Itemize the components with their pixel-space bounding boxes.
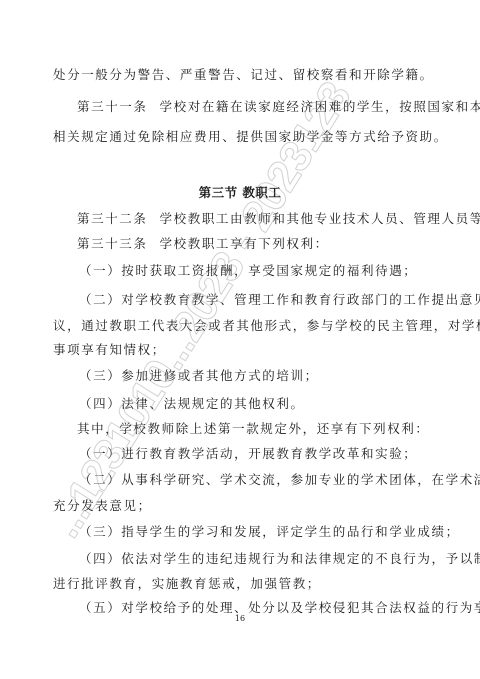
article-33: 第三十三条学校教职工享有下列权利： — [77, 236, 329, 252]
document-page: 处分一般分为警告、严重警告、记过、留校察看和开除学籍。 第三十一条学校对在籍在读… — [0, 0, 480, 679]
article-number: 第三十一条 — [77, 99, 148, 115]
text-line: 事项享有知情权； — [53, 342, 166, 358]
list-item: （一）进行教育教学活动，开展教育教学改革和实验； — [79, 446, 417, 462]
text-line: 其中，学校教师除上述第一款规定外，还享有下列权利： — [77, 421, 430, 437]
page-number: 16 — [0, 614, 480, 623]
list-item: （二）对学校教育教学、管理工作和教育行政部门的工作提出意见和建 — [79, 292, 480, 308]
article-text: 学校教职工享有下列权利： — [160, 236, 329, 251]
section-heading: 第三节 教职工 — [0, 185, 480, 201]
text-line: 充分发表意见； — [53, 498, 152, 514]
list-item: （二）从事科学研究、学术交流，参加专业的学术团体，在学术活动中 — [79, 472, 480, 488]
list-item: （一）按时获取工资报酬，享受国家规定的福利待遇； — [79, 263, 417, 279]
article-text: 学校对在籍在读家庭经济困难的学生，按照国家和本市的 — [160, 99, 480, 114]
list-item: （四）法律、法规规定的其他权利。 — [79, 396, 305, 412]
text-line: 相关规定通过免除相应费用、提供国家助学金等方式给予资助。 — [53, 129, 448, 145]
list-item: （四）依法对学生的违纪违规行为和法律规定的不良行为，予以制止、 — [79, 551, 480, 567]
list-item: （三）参加进修或者其他方式的培训； — [79, 368, 319, 384]
article-number: 第三十三条 — [77, 236, 148, 252]
article-32: 第三十二条学校教职工由教师和其他专业技术人员、管理人员等组成。 — [77, 211, 480, 227]
text-line: 处分一般分为警告、严重警告、记过、留校察看和开除学籍。 — [53, 67, 434, 83]
list-item: （三）指导学生的学习和发展，评定学生的品行和学业成绩； — [79, 524, 460, 540]
text-line: 议，通过教职工代表大会或者其他形式，参与学校的民主管理，对学校重大 — [53, 318, 480, 334]
article-number: 第三十二条 — [77, 211, 148, 227]
article-31: 第三十一条学校对在籍在读家庭经济困难的学生，按照国家和本市的 — [77, 99, 480, 115]
text-line: 进行批评教育，实施教育惩戒，加强管教； — [53, 576, 321, 592]
article-text: 学校教职工由教师和其他专业技术人员、管理人员等组成。 — [160, 211, 480, 226]
